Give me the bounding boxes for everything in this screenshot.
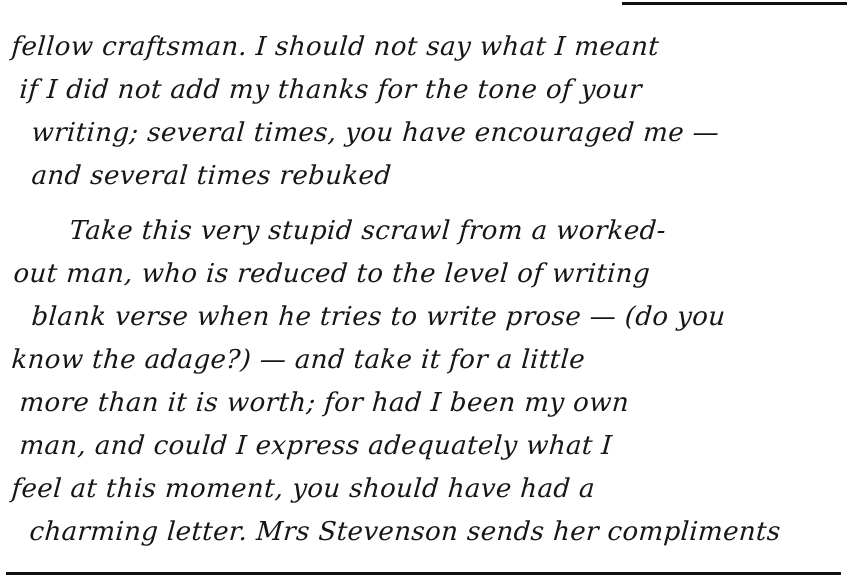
- handwriting-line-1: fellow craftsman. I should not say what …: [10, 26, 847, 69]
- letter-page: fellow craftsman. I should not say what …: [0, 0, 847, 578]
- handwriting-line-3: writing; several times, you have encoura…: [30, 112, 847, 155]
- handwriting-line-12: charming letter. Mrs Stevenson sends her…: [28, 511, 847, 554]
- handwriting-line-7: blank verse when he tries to write prose…: [30, 296, 847, 339]
- scan-edge-bottom: [6, 572, 841, 575]
- handwriting-line-10: man, and could I express adequately what…: [18, 425, 847, 468]
- handwriting-line-8: know the adage?) — and take it for a lit…: [10, 339, 847, 382]
- handwriting-line-2: if I did not add my thanks for the tone …: [18, 69, 847, 112]
- handwriting-line-5: Take this very stupid scrawl from a work…: [68, 210, 847, 253]
- handwriting-line-4: and several times rebuked: [30, 155, 847, 198]
- handwriting-line-6: out man, who is reduced to the level of …: [12, 253, 847, 296]
- manuscript-text: fellow craftsman. I should not say what …: [0, 26, 847, 554]
- handwriting-line-11: feel at this moment, you should have had…: [10, 468, 847, 511]
- scan-edge-top-right: [622, 2, 847, 5]
- handwriting-line-9: more than it is worth; for had I been my…: [18, 382, 847, 425]
